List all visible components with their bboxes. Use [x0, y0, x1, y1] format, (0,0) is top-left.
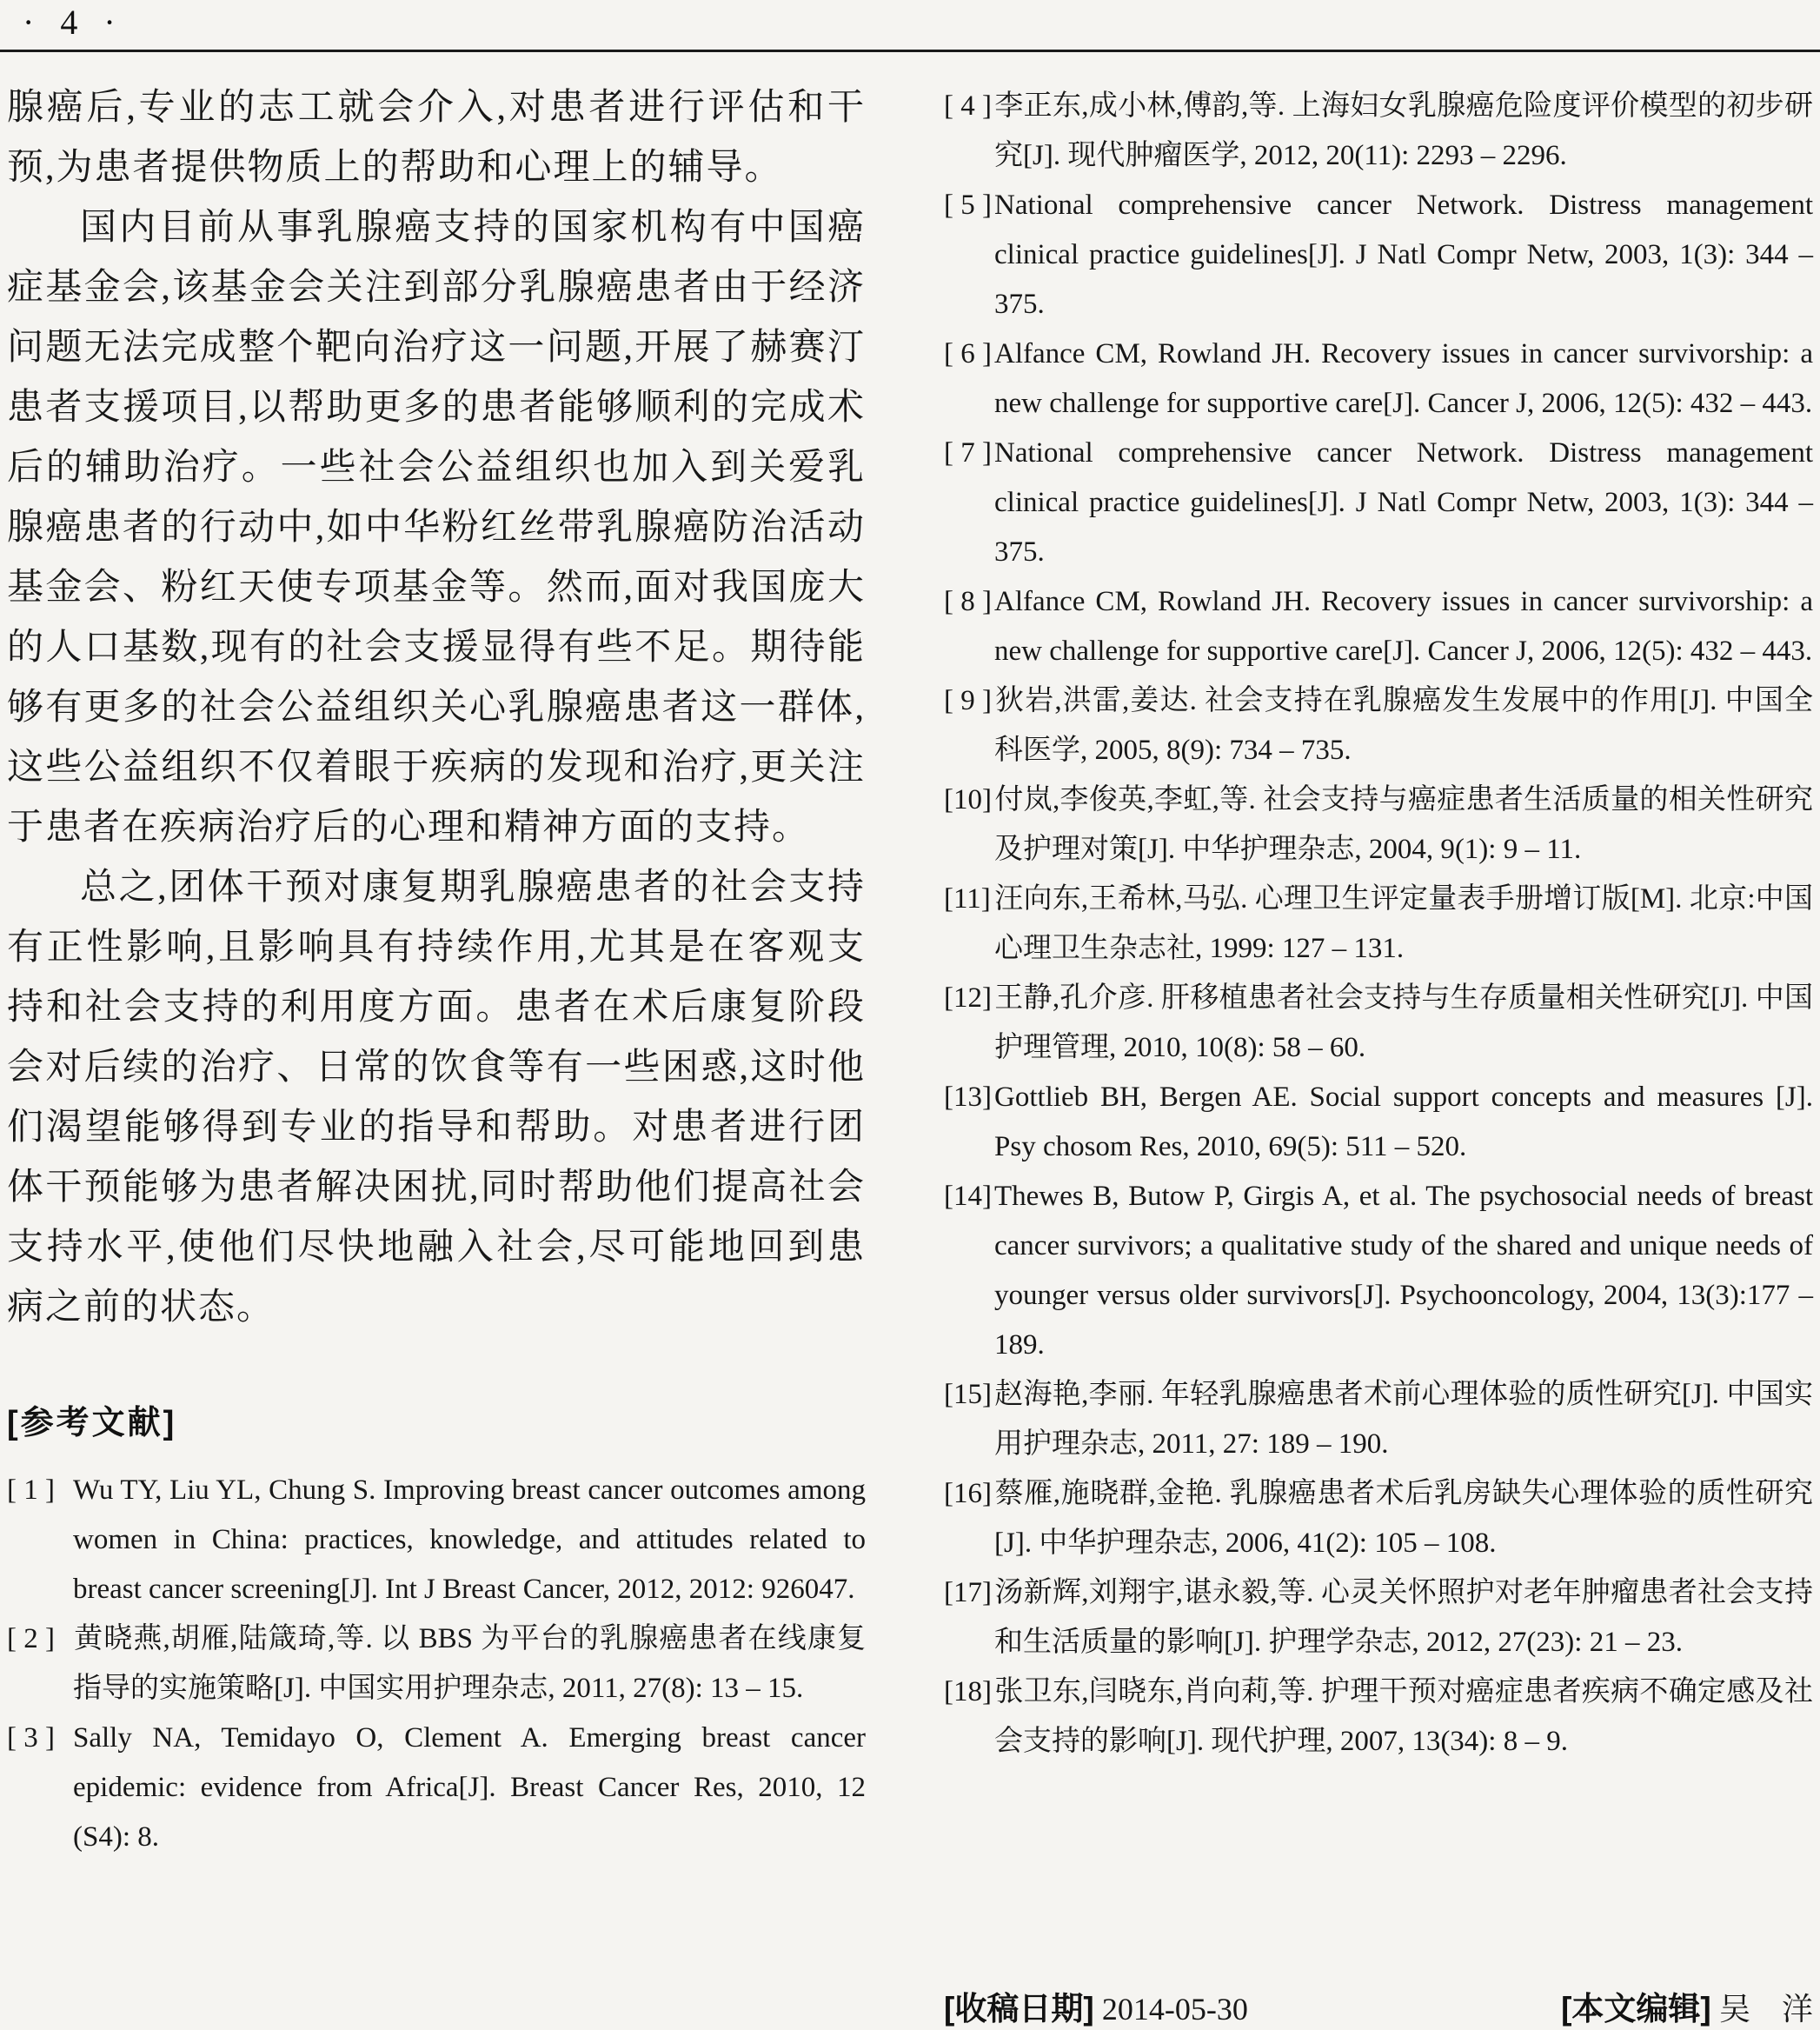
- reference-number: [15]: [944, 1370, 994, 1420]
- reference-number: [ 5 ]: [944, 181, 994, 230]
- reference-text: National comprehensive cancer Network. D…: [994, 190, 1813, 320]
- reference-number: [ 1 ]: [7, 1466, 73, 1515]
- received-date-value: 2014-05-30: [1102, 1992, 1248, 2027]
- page-number: · 4 ·: [23, 2, 124, 43]
- editor-label: [本文编辑]: [1561, 1991, 1711, 2027]
- reference-number: [16]: [944, 1469, 994, 1519]
- reference-item: [ 6 ]Alfance CM, Rowland JH. Recovery is…: [944, 329, 1813, 429]
- reference-number: [ 4 ]: [944, 82, 994, 131]
- reference-item: [ 8 ]Alfance CM, Rowland JH. Recovery is…: [944, 577, 1813, 676]
- body-paragraph: 总之,团体干预对康复期乳腺癌患者的社会支持有正性影响,且影响具有持续作用,尤其是…: [7, 858, 866, 1338]
- reference-number: [ 3 ]: [7, 1714, 73, 1763]
- references-list: [ 1 ]Wu TY, Liu YL, Chung S. Improving b…: [7, 1466, 866, 1862]
- reference-item: [ 4 ]李正东,成小林,傅韵,等. 上海妇女乳腺癌危险度评价模型的初步研究[J…: [944, 82, 1813, 181]
- reference-item: [ 1 ]Wu TY, Liu YL, Chung S. Improving b…: [7, 1466, 866, 1614]
- reference-number: [12]: [944, 974, 994, 1023]
- reference-text: Alfance CM, Rowland JH. Recovery issues …: [994, 338, 1813, 419]
- body-paragraph: 腺癌后,专业的志工就会介入,对患者进行评估和干预,为患者提供物质上的帮助和心理上…: [7, 78, 866, 198]
- reference-item: [17]汤新辉,刘翔宇,谌永毅,等. 心灵关怀照护对老年肿瘤患者社会支持和生活质…: [944, 1568, 1813, 1667]
- reference-text: Thewes B, Butow P, Girgis A, et al. The …: [994, 1181, 1813, 1361]
- reference-item: [ 2 ]黄晓燕,胡雁,陆箴琦,等. 以 BBS 为平台的乳腺癌患者在线康复指导…: [7, 1614, 866, 1714]
- references-header: [参考文献]: [7, 1395, 866, 1443]
- reference-number: [ 8 ]: [944, 577, 994, 627]
- reference-text: 王静,孔介彦. 肝移植患者社会支持与生存质量相关性研究[J]. 中国护理管理, …: [994, 982, 1813, 1063]
- reference-text: National comprehensive cancer Network. D…: [994, 437, 1813, 568]
- reference-item: [16]蔡雁,施晓群,金艳. 乳腺癌患者术后乳房缺失心理体验的质性研究[J]. …: [944, 1469, 1813, 1568]
- editor-group: [本文编辑] 吴 洋: [1561, 1982, 1813, 2029]
- reference-text: 赵海艳,李丽. 年轻乳腺癌患者术前心理体验的质性研究[J]. 中国实用护理杂志,…: [994, 1379, 1813, 1460]
- editor-name: 吴 洋: [1719, 1992, 1813, 2027]
- reference-text: 汤新辉,刘翔宇,谌永毅,等. 心灵关怀照护对老年肿瘤患者社会支持和生活质量的影响…: [994, 1577, 1813, 1658]
- reference-text: 付岚,李俊英,李虹,等. 社会支持与癌症患者生活质量的相关性研究及护理对策[J]…: [994, 784, 1813, 865]
- reference-item: [10]付岚,李俊英,李虹,等. 社会支持与癌症患者生活质量的相关性研究及护理对…: [944, 775, 1813, 875]
- reference-item: [12]王静,孔介彦. 肝移植患者社会支持与生存质量相关性研究[J]. 中国护理…: [944, 974, 1813, 1073]
- reference-number: [ 7 ]: [944, 429, 994, 478]
- reference-item: [11]汪向东,王希林,马弘. 心理卫生评定量表手册增订版[M]. 北京:中国心…: [944, 875, 1813, 974]
- reference-item: [ 3 ]Sally NA, Temidayo O, Clement A. Em…: [7, 1714, 866, 1862]
- body-paragraph: 国内目前从事乳腺癌支持的国家机构有中国癌症基金会,该基金会关注到部分乳腺癌患者由…: [7, 198, 866, 858]
- reference-number: [17]: [944, 1568, 994, 1618]
- reference-item: [13]Gottlieb BH, Bergen AE. Social suppo…: [944, 1073, 1813, 1172]
- references-list: [ 4 ]李正东,成小林,傅韵,等. 上海妇女乳腺癌危险度评价模型的初步研究[J…: [944, 82, 1813, 1767]
- reference-text: Alfance CM, Rowland JH. Recovery issues …: [994, 586, 1813, 667]
- reference-number: [ 2 ]: [7, 1614, 73, 1664]
- reference-number: [13]: [944, 1073, 994, 1122]
- reference-item: [14]Thewes B, Butow P, Girgis A, et al. …: [944, 1172, 1813, 1370]
- reference-text: 张卫东,闫晓东,肖向莉,等. 护理干预对癌症患者疾病不确定感及社会支持的影响[J…: [994, 1676, 1813, 1757]
- reference-text: 蔡雁,施晓群,金艳. 乳腺癌患者术后乳房缺失心理体验的质性研究[J]. 中华护理…: [994, 1478, 1813, 1559]
- reference-item: [18]张卫东,闫晓东,肖向莉,等. 护理干预对癌症患者疾病不确定感及社会支持的…: [944, 1667, 1813, 1767]
- reference-number: [ 9 ]: [944, 676, 994, 726]
- reference-text: Gottlieb BH, Bergen AE. Social support c…: [994, 1082, 1813, 1162]
- reference-text: 李正东,成小林,傅韵,等. 上海妇女乳腺癌危险度评价模型的初步研究[J]. 现代…: [994, 90, 1813, 171]
- reference-text: Sally NA, Temidayo O, Clement A. Emergin…: [73, 1722, 866, 1853]
- reference-item: [ 7 ]National comprehensive cancer Netwo…: [944, 429, 1813, 577]
- reference-text: 狄岩,洪雷,姜达. 社会支持在乳腺癌发生发展中的作用[J]. 中国全科医学, 2…: [994, 685, 1813, 766]
- left-column: 腺癌后,专业的志工就会介入,对患者进行评估和干预,为患者提供物质上的帮助和心理上…: [7, 78, 866, 1862]
- reference-number: [ 6 ]: [944, 329, 994, 379]
- article-footer: [收稿日期] 2014-05-30 [本文编辑] 吴 洋: [944, 1982, 1813, 2029]
- reference-number: [10]: [944, 775, 994, 825]
- reference-number: [18]: [944, 1667, 994, 1717]
- reference-text: 汪向东,王希林,马弘. 心理卫生评定量表手册增订版[M]. 北京:中国心理卫生杂…: [994, 883, 1813, 964]
- reference-text: Wu TY, Liu YL, Chung S. Improving breast…: [73, 1474, 866, 1605]
- received-date-group: [收稿日期] 2014-05-30: [944, 1982, 1248, 2029]
- reference-item: [15]赵海艳,李丽. 年轻乳腺癌患者术前心理体验的质性研究[J]. 中国实用护…: [944, 1370, 1813, 1469]
- right-column: [ 4 ]李正东,成小林,傅韵,等. 上海妇女乳腺癌危险度评价模型的初步研究[J…: [944, 82, 1813, 1767]
- reference-number: [11]: [944, 875, 994, 924]
- header-rule: [0, 50, 1820, 52]
- received-date-label: [收稿日期]: [944, 1991, 1094, 2027]
- reference-text: 黄晓燕,胡雁,陆箴琦,等. 以 BBS 为平台的乳腺癌患者在线康复指导的实施策略…: [73, 1623, 866, 1704]
- reference-item: [ 9 ]狄岩,洪雷,姜达. 社会支持在乳腺癌发生发展中的作用[J]. 中国全科…: [944, 676, 1813, 775]
- reference-item: [ 5 ]National comprehensive cancer Netwo…: [944, 181, 1813, 329]
- reference-number: [14]: [944, 1172, 994, 1221]
